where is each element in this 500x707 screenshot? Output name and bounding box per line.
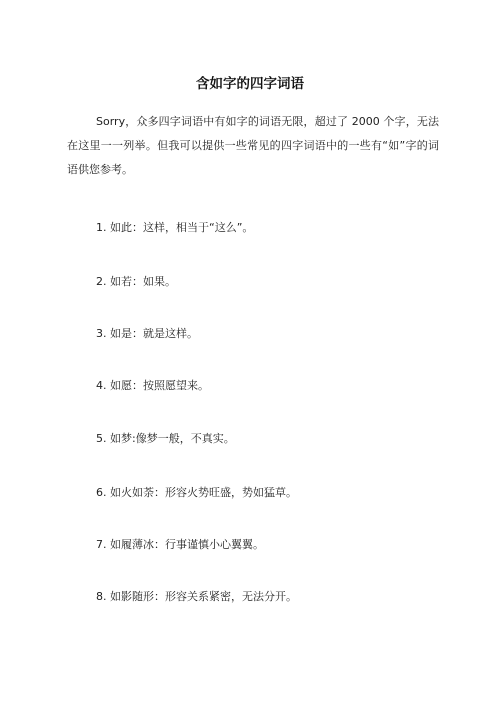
list-item: 1. 如此：这样，相当于“这么”。 — [96, 219, 253, 235]
list-item: 6. 如火如荼：形容火势旺盛，势如猛草。 — [96, 484, 297, 500]
list-item: 7. 如履薄冰：行事谨慎小心翼翼。 — [96, 536, 264, 552]
list-item: 4. 如愿：按照愿望来。 — [96, 377, 209, 393]
intro-paragraph: Sorry，众多四字词语中有如字的词语无限，超过了 2000 个字，无法在这里一… — [67, 110, 439, 182]
list-item: 3. 如是：就是这样。 — [96, 325, 198, 341]
list-item: 8. 如影随形：形容关系紧密，无法分开。 — [96, 588, 297, 604]
document-title: 含如字的四字词语 — [0, 72, 500, 92]
list-item: 5. 如梦:像梦一般，不真实。 — [96, 430, 235, 446]
list-item: 2. 如若：如果。 — [96, 273, 176, 289]
